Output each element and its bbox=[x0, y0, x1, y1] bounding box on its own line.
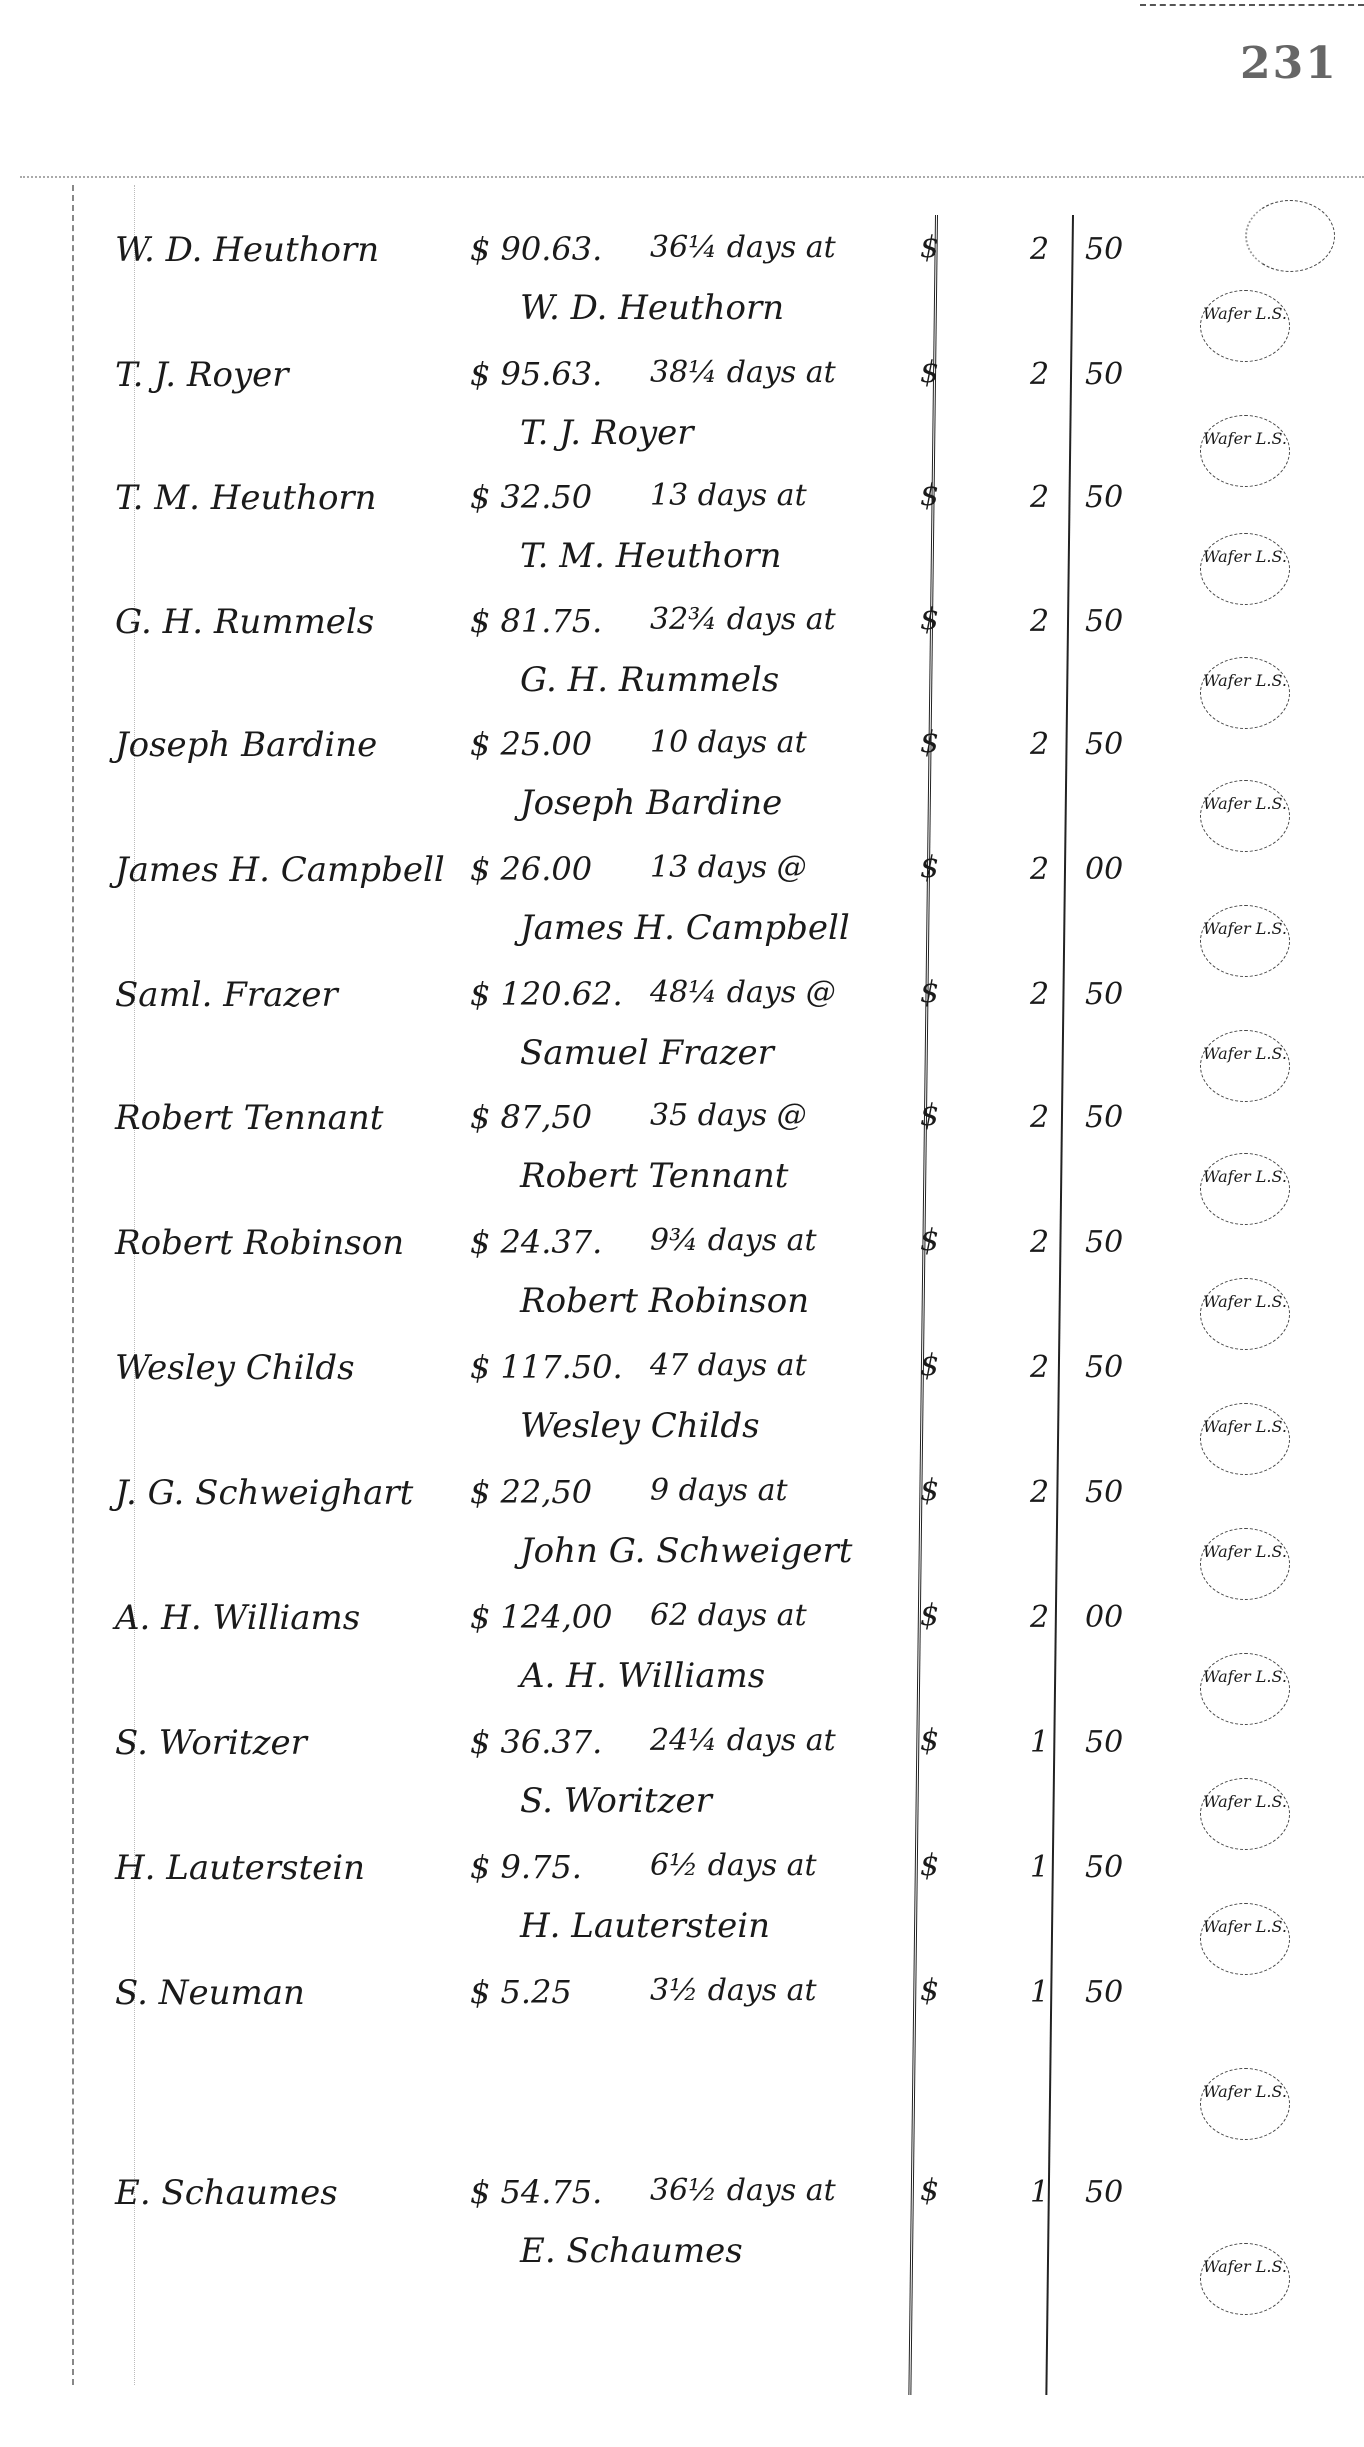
wafer-seal: Wafer L.S. bbox=[1200, 905, 1290, 977]
signature: A. H. Williams bbox=[520, 1656, 765, 1696]
payee-name: J. G. Schweighart bbox=[115, 1473, 413, 1513]
dollar-sign-icon: $ bbox=[920, 230, 939, 265]
rate-cents: 00 bbox=[1085, 852, 1123, 887]
signature: S. Woritzer bbox=[520, 1781, 712, 1821]
rate-cents: 50 bbox=[1085, 1725, 1123, 1760]
rate-dollars: 2 bbox=[1030, 1100, 1049, 1135]
dollar-sign-icon: $ bbox=[920, 602, 939, 637]
amount: $ 26.00 bbox=[470, 850, 592, 888]
payee-name: S. Neuman bbox=[115, 1973, 305, 2013]
dollar-sign-icon: $ bbox=[920, 1473, 939, 1508]
wafer-seal: Wafer L.S. bbox=[1200, 1528, 1290, 1600]
signature: Samuel Frazer bbox=[520, 1033, 774, 1073]
wafer-seal: Wafer L.S. bbox=[1200, 1030, 1290, 1102]
rate-cents: 50 bbox=[1085, 1850, 1123, 1885]
wafer-seal: Wafer L.S. bbox=[1200, 415, 1290, 487]
amount: $ 124,00 bbox=[470, 1598, 613, 1636]
rate-cents: 50 bbox=[1085, 1100, 1123, 1135]
ledger-entry: $G. H. Rummels$ 81.75.32¾ days at250G. H… bbox=[0, 602, 1364, 727]
dollar-sign-icon: $ bbox=[920, 1848, 939, 1883]
signature: T. J. Royer bbox=[520, 413, 694, 453]
rate-dollars: 2 bbox=[1030, 1225, 1049, 1260]
dollar-sign-icon: $ bbox=[920, 975, 939, 1010]
page-number: 231 bbox=[1240, 38, 1338, 89]
dollar-sign-icon: $ bbox=[920, 1098, 939, 1133]
ledger-entry: $Saml. Frazer$ 120.62.48¼ days @250Samue… bbox=[0, 975, 1364, 1100]
days-worked: 3½ days at bbox=[650, 1973, 817, 2008]
dollar-sign-icon: $ bbox=[920, 1598, 939, 1633]
amount: $ 32.50 bbox=[470, 478, 592, 516]
rate-cents: 50 bbox=[1085, 232, 1123, 267]
ledger-entry: $Robert Tennant$ 87,5035 days @250Robert… bbox=[0, 1098, 1364, 1223]
payee-name: James H. Campbell bbox=[115, 850, 445, 890]
days-worked: 35 days @ bbox=[650, 1098, 807, 1133]
rate-cents: 00 bbox=[1085, 1600, 1123, 1635]
wafer-seal: Wafer L.S. bbox=[1200, 780, 1290, 852]
rate-dollars: 2 bbox=[1030, 232, 1049, 267]
days-worked: 6½ days at bbox=[650, 1848, 817, 1883]
signature: Robert Robinson bbox=[520, 1281, 809, 1321]
wafer-seal: Wafer L.S. bbox=[1200, 1903, 1290, 1975]
payee-name: W. D. Heuthorn bbox=[115, 230, 379, 270]
dollar-sign-icon: $ bbox=[920, 1223, 939, 1258]
ledger-entry: $Joseph Bardine$ 25.0010 days at250Josep… bbox=[0, 725, 1364, 850]
signature: H. Lauterstein bbox=[520, 1906, 770, 1946]
ledger-entry: $T. J. Royer$ 95.63.38¼ days at250T. J. … bbox=[0, 355, 1364, 480]
amount: $ 87,50 bbox=[470, 1098, 592, 1136]
payee-name: T. J. Royer bbox=[115, 355, 289, 395]
days-worked: 24¼ days at bbox=[650, 1723, 836, 1758]
days-worked: 48¼ days @ bbox=[650, 975, 836, 1010]
amount: $ 24.37. bbox=[470, 1223, 602, 1261]
amount: $ 54.75. bbox=[470, 2173, 602, 2211]
amount: $ 95.63. bbox=[470, 355, 602, 393]
ledger-entry: $S. Neuman$ 5.253½ days at150Wafer L.S. bbox=[0, 1973, 1364, 2098]
payee-name: H. Lauterstein bbox=[115, 1848, 365, 1888]
days-worked: 36½ days at bbox=[650, 2173, 836, 2208]
days-worked: 9¾ days at bbox=[650, 1223, 817, 1258]
ledger-entry: $W. D. Heuthorn$ 90.63.36¼ days at250W. … bbox=[0, 230, 1364, 355]
wafer-seal: Wafer L.S. bbox=[1200, 2243, 1290, 2315]
wafer-seal: Wafer L.S. bbox=[1200, 657, 1290, 729]
days-worked: 10 days at bbox=[650, 725, 807, 760]
payee-name: Robert Robinson bbox=[115, 1223, 404, 1263]
rate-cents: 50 bbox=[1085, 2175, 1123, 2210]
rate-dollars: 2 bbox=[1030, 1475, 1049, 1510]
days-worked: 38¼ days at bbox=[650, 355, 836, 390]
rate-dollars: 1 bbox=[1030, 2175, 1049, 2210]
dollar-sign-icon: $ bbox=[920, 355, 939, 390]
payee-name: T. M. Heuthorn bbox=[115, 478, 377, 518]
rate-cents: 50 bbox=[1085, 1350, 1123, 1385]
days-worked: 13 days at bbox=[650, 478, 807, 513]
rate-cents: 50 bbox=[1085, 1225, 1123, 1260]
amount: $ 81.75. bbox=[470, 602, 602, 640]
ledger-entry: $A. H. Williams$ 124,0062 days at200A. H… bbox=[0, 1598, 1364, 1723]
wafer-seal: Wafer L.S. bbox=[1200, 1403, 1290, 1475]
days-worked: 32¾ days at bbox=[650, 602, 836, 637]
dollar-sign-icon: $ bbox=[920, 1348, 939, 1383]
wafer-seal: Wafer L.S. bbox=[1200, 1278, 1290, 1350]
signature: W. D. Heuthorn bbox=[520, 288, 784, 328]
rate-cents: 50 bbox=[1085, 1475, 1123, 1510]
dollar-sign-icon: $ bbox=[920, 478, 939, 513]
ledger-entry: $H. Lauterstein$ 9.75.6½ days at150H. La… bbox=[0, 1848, 1364, 1973]
amount: $ 22,50 bbox=[470, 1473, 592, 1511]
days-worked: 47 days at bbox=[650, 1348, 807, 1383]
signature: G. H. Rummels bbox=[520, 660, 779, 700]
rate-dollars: 1 bbox=[1030, 1975, 1049, 2010]
wafer-seal: Wafer L.S. bbox=[1200, 533, 1290, 605]
payee-name: Robert Tennant bbox=[115, 1098, 383, 1138]
wafer-seal: Wafer L.S. bbox=[1200, 1653, 1290, 1725]
rate-dollars: 1 bbox=[1030, 1725, 1049, 1760]
dollar-sign-icon: $ bbox=[920, 850, 939, 885]
amount: $ 117.50. bbox=[470, 1348, 623, 1386]
wafer-seal: Wafer L.S. bbox=[1200, 290, 1290, 362]
wafer-seal: Wafer L.S. bbox=[1200, 1153, 1290, 1225]
ledger-entry: $T. M. Heuthorn$ 32.5013 days at250T. M.… bbox=[0, 478, 1364, 603]
rate-cents: 50 bbox=[1085, 1975, 1123, 2010]
ledger-entry: $J. G. Schweighart$ 22,509 days at250Joh… bbox=[0, 1473, 1364, 1598]
amount: $ 25.00 bbox=[470, 725, 592, 763]
ledger-entry: $S. Woritzer$ 36.37.24¼ days at150S. Wor… bbox=[0, 1723, 1364, 1848]
rate-dollars: 2 bbox=[1030, 480, 1049, 515]
days-worked: 9 days at bbox=[650, 1473, 788, 1508]
amount: $ 120.62. bbox=[470, 975, 623, 1013]
dollar-sign-icon: $ bbox=[920, 725, 939, 760]
ledger-entry: $Wesley Childs$ 117.50.47 days at250Wesl… bbox=[0, 1348, 1364, 1473]
signature: E. Schaumes bbox=[520, 2231, 743, 2271]
amount: $ 36.37. bbox=[470, 1723, 602, 1761]
signature: James H. Campbell bbox=[520, 908, 850, 948]
top-edge-rule bbox=[1140, 4, 1364, 6]
days-worked: 36¼ days at bbox=[650, 230, 836, 265]
signature: T. M. Heuthorn bbox=[520, 536, 782, 576]
rate-cents: 50 bbox=[1085, 357, 1123, 392]
payee-name: G. H. Rummels bbox=[115, 602, 374, 642]
rate-dollars: 2 bbox=[1030, 604, 1049, 639]
rate-cents: 50 bbox=[1085, 604, 1123, 639]
days-worked: 13 days @ bbox=[650, 850, 807, 885]
amount: $ 5.25 bbox=[470, 1973, 572, 2011]
signature: Wesley Childs bbox=[520, 1406, 760, 1446]
rate-cents: 50 bbox=[1085, 480, 1123, 515]
signature: Joseph Bardine bbox=[520, 783, 782, 823]
payee-name: A. H. Williams bbox=[115, 1598, 360, 1638]
ledger-entry: $James H. Campbell$ 26.0013 days @200Jam… bbox=[0, 850, 1364, 975]
payee-name: E. Schaumes bbox=[115, 2173, 338, 2213]
signature: Robert Tennant bbox=[520, 1156, 788, 1196]
rate-dollars: 2 bbox=[1030, 1350, 1049, 1385]
amount: $ 9.75. bbox=[470, 1848, 582, 1886]
rate-cents: 50 bbox=[1085, 727, 1123, 762]
rate-dollars: 2 bbox=[1030, 727, 1049, 762]
rate-dollars: 2 bbox=[1030, 357, 1049, 392]
dollar-sign-icon: $ bbox=[920, 1723, 939, 1758]
amount: $ 90.63. bbox=[470, 230, 602, 268]
rate-dollars: 1 bbox=[1030, 1850, 1049, 1885]
rate-cents: 50 bbox=[1085, 977, 1123, 1012]
header-rule bbox=[20, 176, 1364, 178]
wafer-seal: Wafer L.S. bbox=[1200, 1778, 1290, 1850]
rate-dollars: 2 bbox=[1030, 1600, 1049, 1635]
signature: John G. Schweigert bbox=[520, 1531, 852, 1571]
payee-name: Saml. Frazer bbox=[115, 975, 338, 1015]
payee-name: Joseph Bardine bbox=[115, 725, 377, 765]
dollar-sign-icon: $ bbox=[920, 1973, 939, 2008]
rate-dollars: 2 bbox=[1030, 977, 1049, 1012]
payee-name: Wesley Childs bbox=[115, 1348, 355, 1388]
ledger-entry: $Robert Robinson$ 24.37.9¾ days at250Rob… bbox=[0, 1223, 1364, 1348]
days-worked: 62 days at bbox=[650, 1598, 807, 1633]
rate-dollars: 2 bbox=[1030, 852, 1049, 887]
wafer-seal: Wafer L.S. bbox=[1200, 2068, 1290, 2140]
payee-name: S. Woritzer bbox=[115, 1723, 307, 1763]
ledger-entry: $E. Schaumes$ 54.75.36½ days at150E. Sch… bbox=[0, 2173, 1364, 2298]
dollar-sign-icon: $ bbox=[920, 2173, 939, 2208]
